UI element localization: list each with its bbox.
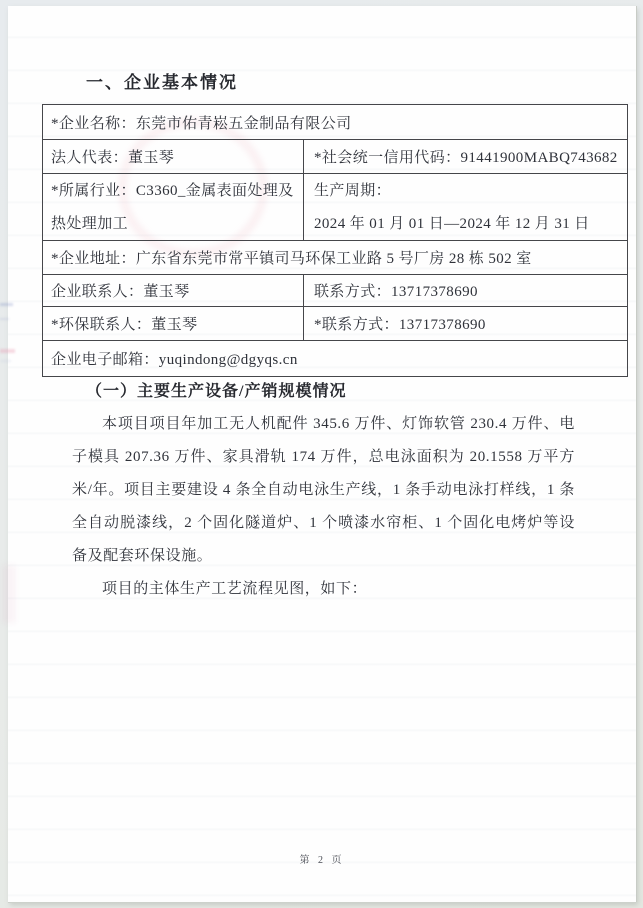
table-cell-env-contact: *环保联系人：董玉琴 xyxy=(43,307,304,340)
table-row: *所属行业：C3360_金属表面处理及热处理加工 生产周期： 2024 年 01… xyxy=(43,174,627,241)
body-paragraphs: 本项目项目年加工无人机配件 345.6 万件、灯饰软管 230.4 万件、电子模… xyxy=(72,408,575,606)
table-row: 企业联系人：董玉琴 联系方式：13717378690 xyxy=(43,275,627,307)
paragraph-production-overview: 本项目项目年加工无人机配件 345.6 万件、灯饰软管 230.4 万件、电子模… xyxy=(72,408,575,573)
table-cell-company-address: *企业地址：广东省东莞市常平镇司马环保工业路 5 号厂房 28 栋 502 室 xyxy=(43,241,627,274)
production-period-label: 生产周期： xyxy=(314,175,619,208)
table-cell-env-contact-phone: *联系方式：13717378690 xyxy=(304,307,627,340)
table-cell-company-name: *企业名称：东莞市佑青崧五金制品有限公司 xyxy=(43,105,627,139)
table-row: 企业电子邮箱：yuqindong@dgyqs.cn xyxy=(43,341,627,376)
table-cell-industry: *所属行业：C3360_金属表面处理及热处理加工 xyxy=(43,174,304,240)
table-row: *企业地址：广东省东莞市常平镇司马环保工业路 5 号厂房 28 栋 502 室 xyxy=(43,241,627,275)
section-title-basic-info: 一、企业基本情况 xyxy=(86,68,238,98)
production-period-dates: 2024 年 01 月 01 日—2024 年 12 月 31 日 xyxy=(314,208,619,241)
table-cell-production-period: 生产周期： 2024 年 01 月 01 日—2024 年 12 月 31 日 xyxy=(304,174,627,240)
paragraph-process-flow-intro: 项目的主体生产工艺流程见图，如下： xyxy=(72,573,575,606)
table-cell-company-email: 企业电子邮箱：yuqindong@dgyqs.cn xyxy=(43,341,627,376)
table-cell-company-contact: 企业联系人：董玉琴 xyxy=(43,275,304,306)
document-canvas: { "document": { "section1_title": "一、企业基… xyxy=(0,0,643,908)
table-row: 法人代表：董玉琴 *社会统一信用代码：91441900MABQ743682 xyxy=(43,140,627,174)
section-title-production-scale: （一）主要生产设备/产销规模情况 xyxy=(86,377,346,407)
company-info-table: *企业名称：东莞市佑青崧五金制品有限公司 法人代表：董玉琴 *社会统一信用代码：… xyxy=(42,104,628,377)
document-page: 一、企业基本情况 *企业名称：东莞市佑青崧五金制品有限公司 法人代表：董玉琴 *… xyxy=(8,6,636,902)
table-cell-credit-code: *社会统一信用代码：91441900MABQ743682 xyxy=(304,140,627,173)
table-cell-legal-representative: 法人代表：董玉琴 xyxy=(43,140,304,173)
table-row: *环保联系人：董玉琴 *联系方式：13717378690 xyxy=(43,307,627,341)
table-row: *企业名称：东莞市佑青崧五金制品有限公司 xyxy=(43,105,627,140)
page-number: 第 2 页 xyxy=(8,851,636,866)
table-cell-contact-phone: 联系方式：13717378690 xyxy=(304,275,627,306)
